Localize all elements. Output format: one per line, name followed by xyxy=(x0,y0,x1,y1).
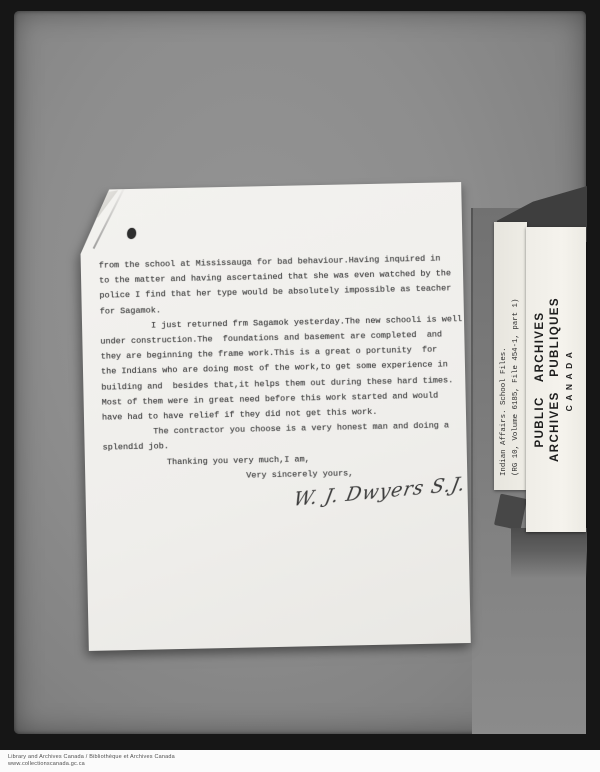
dark-backing-bottom xyxy=(511,528,587,578)
reference-line-2: (RG 10, Volume 6185, File 454-1, part 1) xyxy=(510,222,522,476)
archives-line-3: CANADA xyxy=(563,227,576,532)
archival-photo: from the school at Mississauga for bad b… xyxy=(0,0,600,772)
photo-background: from the school at Mississauga for bad b… xyxy=(14,11,586,734)
archives-stamp-card: PUBLIC ARCHIVES ARCHIVES PUBLIQUES CANAD… xyxy=(526,227,586,532)
reference-label-text: Indian Affairs. School Files. (RG 10, Vo… xyxy=(494,222,527,490)
backing-sheet-edge xyxy=(471,208,473,628)
reference-line-1: Indian Affairs. School Files. xyxy=(498,222,510,476)
archives-line-2: ARCHIVES PUBLIQUES xyxy=(548,227,563,532)
letter-body: from the school at Mississauga for bad b… xyxy=(99,251,460,486)
letter-paper: from the school at Mississauga for bad b… xyxy=(79,182,471,651)
archives-stamp-text: PUBLIC ARCHIVES ARCHIVES PUBLIQUES CANAD… xyxy=(526,227,586,532)
watermark-text: Library and Archives Canada / Bibliothèq… xyxy=(8,754,175,767)
letter-page: from the school at Mississauga for bad b… xyxy=(79,182,471,651)
watermark-line-2: www.collectionscanada.gc.ca xyxy=(8,761,175,768)
archives-line-1: PUBLIC ARCHIVES xyxy=(533,227,548,532)
watermark-line-1: Library and Archives Canada / Bibliothèq… xyxy=(8,754,175,761)
reference-label: Indian Affairs. School Files. (RG 10, Vo… xyxy=(494,222,527,490)
watermark-strip: Library and Archives Canada / Bibliothèq… xyxy=(0,750,600,772)
ink-blot xyxy=(126,227,138,240)
